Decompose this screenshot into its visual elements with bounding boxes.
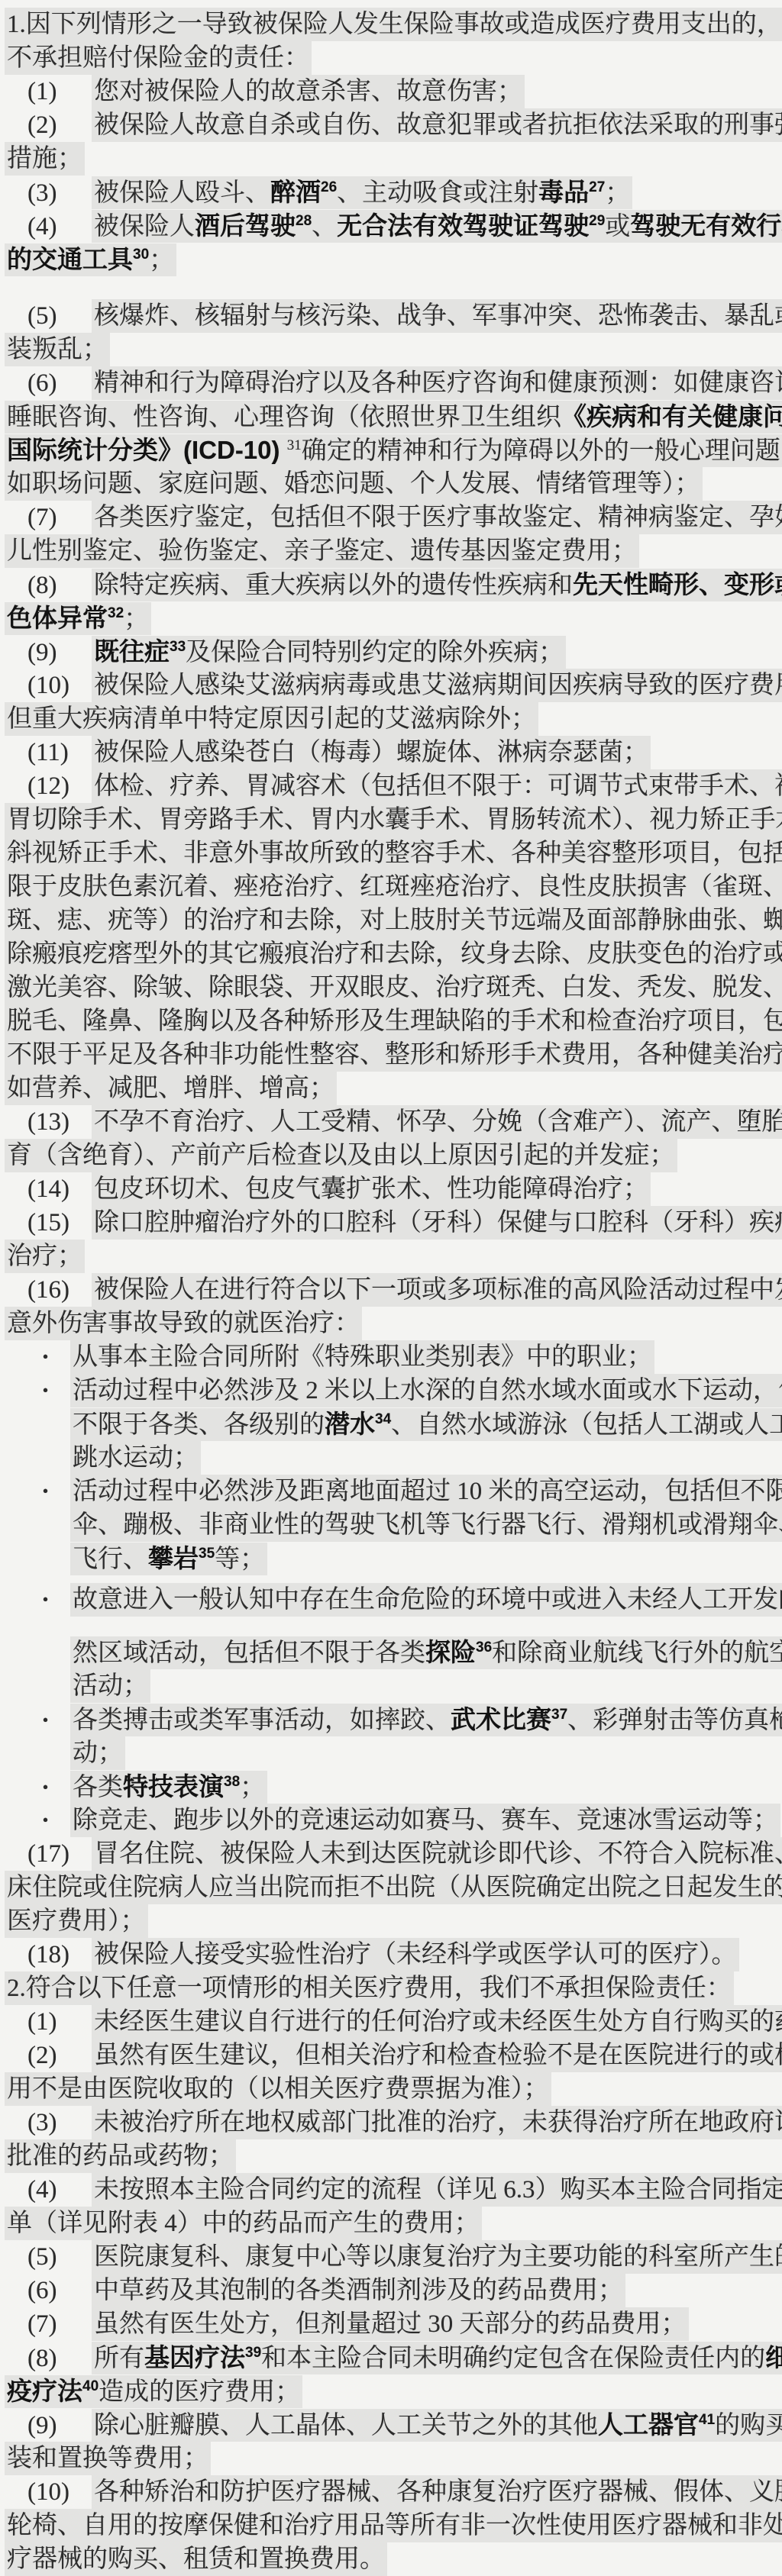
- item-number: (10): [27, 2475, 92, 2509]
- footnote-ref: 37: [551, 1707, 567, 1723]
- text-run: 不限于各类、各级别的: [73, 1411, 325, 1439]
- footnote-ref: 30: [133, 247, 149, 263]
- text-run: 医疗费用）；: [7, 1907, 146, 1935]
- text-run: 装叛乱；: [7, 336, 108, 363]
- text-run: 2.符合以下任意一项情形的相关医疗费用，我们不承担保险责任：: [7, 1975, 732, 2002]
- highlighted-text: 措施；: [5, 142, 85, 176]
- footnote-ref: 40: [82, 2378, 99, 2394]
- document-line: ·从事本主险合同所附《特殊职业类别表》中的职业；: [0, 1340, 782, 1374]
- document-line: 不限于平足及各种非功能性整容、整形和矫形手术费用，各种健美治疗项目，: [0, 1038, 782, 1072]
- text-run: ；: [124, 605, 149, 633]
- bold-term: 驾驶无有效行驶证: [630, 211, 782, 240]
- document-line: 跳水运动；: [0, 1441, 782, 1475]
- document-line: (8)所有基因疗法39和本主险合同未明确约定包含在保险责任内的细胞免: [0, 2341, 782, 2374]
- bold-term: 潜水: [325, 1410, 375, 1438]
- highlighted-text: 然区域活动，包括但不限于各类探险36和除商业航线飞行外的航空航天: [70, 1636, 782, 1669]
- highlighted-text: 疫疗法40造成的医疗费用；: [5, 2375, 302, 2408]
- bold-term: 先天性畸形、变形或染: [573, 570, 782, 598]
- item-number: (7): [27, 501, 92, 534]
- highlighted-text: 被保险人接受实验性治疗（未经科学或医学认可的医疗）。: [92, 1938, 739, 1971]
- text-run: 除心脏瓣膜、人工晶体、人工关节之外的其他: [94, 2412, 598, 2439]
- highlighted-text: 用不是由医院收取的（以相关医疗费票据为准）；: [5, 2072, 551, 2106]
- highlighted-text: 动；: [70, 1736, 125, 1770]
- highlighted-text: 除心脏瓣膜、人工晶体、人工关节之外的其他人工器官41的购买、安: [92, 2409, 782, 2442]
- document-line: 活动；: [0, 1669, 782, 1703]
- text-run: 和除商业航线飞行外的航空航天: [492, 1639, 782, 1667]
- highlighted-text: 活动过程中必然涉及 2 米以上水深的自然水域水面或水下运动，包括但: [70, 1374, 782, 1407]
- document-line: 育（含绝育）、产前产后检查以及由以上原因引起的并发症；: [0, 1139, 782, 1172]
- highlighted-text: 所有基因疗法39和本主险合同未明确约定包含在保险责任内的细胞免: [92, 2342, 782, 2374]
- text-run: 被保险人在进行符合以下一项或多项标准的高风险活动过程中发生: [94, 1276, 782, 1304]
- text-run: ；: [605, 179, 630, 207]
- bold-term: 国际统计分类》(ICD-10): [7, 436, 287, 464]
- highlighted-text: 育（含绝育）、产前产后检查以及由以上原因引起的并发症；: [5, 1139, 677, 1172]
- document-line: ·各类搏击或类军事活动，如摔跤、武术比赛37、彩弹射击等仿真枪战运: [0, 1703, 782, 1736]
- bold-term: 醉酒: [270, 178, 321, 206]
- bold-term: 《疾病和有关健康问题的: [561, 402, 782, 430]
- highlighted-text: 1.因下列情形之一导致被保险人发生保险事故或造成医疗费用支出的，我们: [5, 8, 782, 41]
- document-line: (2)被保险人故意自杀或自伤、故意犯罪或者抗拒依法采取的刑事强制: [0, 108, 782, 142]
- document-line: 疫疗法40造成的医疗费用；: [0, 2374, 782, 2408]
- text-run: 如职场问题、家庭问题、婚恋问题、个人发展、情绪管理等）；: [7, 470, 700, 498]
- footnote-ref: 36: [476, 1639, 492, 1656]
- document-line: (3)被保险人殴斗、醉酒26、主动吸食或注射毒品27；: [0, 176, 782, 209]
- document-line: (12)体检、疗养、胃减容术（包括但不限于：可调节式束带手术、袖状: [0, 769, 782, 803]
- highlighted-text: 包皮环切术、包皮气囊扩张术、性功能障碍治疗；: [92, 1172, 651, 1206]
- highlighted-text: 激光美容、除皱、除眼袋、开双眼皮、治疗斑秃、白发、秃发、脱发、植毛、: [5, 971, 782, 1004]
- document-line: 脱毛、隆鼻、隆胸以及各种矫形及生理缺陷的手术和检查治疗项目，包括但: [0, 1004, 782, 1038]
- text-run: 未经医生建议自行进行的任何治疗或未经医生处方自行购买的药品；: [94, 2008, 782, 2036]
- text-run: 但重大疾病清单中特定原因引起的艾滋病除外；: [7, 705, 536, 733]
- document-line: 斜视矫正手术、非意外事故所致的整容手术、各种美容整形项目，包括但不: [0, 837, 782, 870]
- document-line: 如职场问题、家庭问题、婚恋问题、个人发展、情绪管理等）；: [0, 467, 782, 501]
- document-line: (1)未经医生建议自行进行的任何治疗或未经医生处方自行购买的药品；: [0, 2005, 782, 2039]
- highlighted-text: 色体异常32；: [5, 602, 151, 635]
- highlighted-text: 不孕不育治疗、人工受精、怀孕、分娩（含难产）、流产、堕胎、节: [92, 1105, 782, 1139]
- text-run: 医院康复科、康复中心等以康复治疗为主要功能的科室所产生的费用；: [94, 2243, 782, 2271]
- highlighted-text: 活动过程中必然涉及距离地面超过 10 米的高空运动，包括但不限于跳: [70, 1475, 782, 1508]
- footnote-ref: 41: [699, 2412, 715, 2428]
- document-line: 胃切除手术、胃旁路手术、胃内水囊手术、胃肠转流术）、视力矫正手术、: [0, 803, 782, 837]
- text-run: 然区域活动，包括但不限于各类: [73, 1639, 425, 1667]
- text-run: 激光美容、除皱、除眼袋、开双眼皮、治疗斑秃、白发、秃发、脱发、植毛、: [7, 974, 782, 1001]
- document-line: 2.符合以下任意一项情形的相关医疗费用，我们不承担保险责任：: [0, 1971, 782, 2005]
- item-number: (18): [27, 1938, 92, 1971]
- highlighted-text: 2.符合以下任意一项情形的相关医疗费用，我们不承担保险责任：: [5, 1971, 734, 2005]
- highlighted-text: 斑、痣、疣等）的治疗和去除，对上肢肘关节远端及面部静脉曲张、蜘蛛脉、: [5, 904, 782, 937]
- text-run: 除口腔肿瘤治疗外的口腔科（牙科）保健与口腔科（牙科）疾病的: [94, 1209, 782, 1236]
- footnote-ref: 34: [375, 1411, 391, 1427]
- bold-term: 疫疗法: [7, 2377, 82, 2405]
- highlighted-text: 除竞走、跑步以外的竞速运动如赛马、赛车、竞速冰雪运动等；: [70, 1804, 780, 1837]
- document-line: (7)虽然有医生处方，但剂量超过 30 天部分的药品费用；: [0, 2307, 782, 2341]
- text-run: 装和置换等费用；: [7, 2445, 208, 2472]
- document-line: 批准的药品或药物；: [0, 2139, 782, 2173]
- document-line: (14)包皮环切术、包皮气囊扩张术、性功能障碍治疗；: [0, 1172, 782, 1206]
- highlighted-text: 除口腔肿瘤治疗外的口腔科（牙科）保健与口腔科（牙科）疾病的: [92, 1206, 782, 1240]
- document-line: ·活动过程中必然涉及距离地面超过 10 米的高空运动，包括但不限于跳: [0, 1475, 782, 1508]
- bold-term: 的交通工具: [7, 245, 133, 273]
- document-line: 除瘢痕疙瘩型外的其它瘢痕治疗和去除，纹身去除、皮肤变色的治疗或手术，: [0, 937, 782, 971]
- highlighted-text: 被保险人酒后驾驶28、无合法有效驾驶证驾驶29或驾驶无有效行驶证: [92, 210, 782, 243]
- text-run: 意外伤害事故导致的就医治疗：: [7, 1310, 360, 1337]
- footnote-ref: 28: [296, 213, 312, 229]
- bullet-icon: ·: [41, 1475, 70, 1508]
- highlighted-text: 从事本主险合同所附《特殊职业类别表》中的职业；: [70, 1340, 654, 1374]
- highlighted-text: 未按照本主险合同约定的流程（详见 6.3）购买本主险合同指定药品清: [92, 2173, 782, 2207]
- text-run: 、彩弹射击等仿真枪战运: [567, 1707, 782, 1734]
- document-line: (17)冒名住院、被保险人未到达医院就诊即代诊、不符合入院标准、挂: [0, 1837, 782, 1871]
- highlighted-text: 中草药及其泡制的各类酒制剂涉及的药品费用；: [92, 2274, 625, 2307]
- highlighted-text: 未被治疗所在地权威部门批准的治疗，未获得治疗所在地政府许可或: [92, 2106, 782, 2139]
- highlighted-text: 轮椅、自用的按摩保健和治疗用品等所有非一次性使用医疗器械和非处方医: [5, 2509, 782, 2542]
- text-run: 未按照本主险合同约定的流程（详见 6.3）购买本主险合同指定药品清: [94, 2176, 782, 2204]
- footnote-ref: 27: [589, 179, 605, 195]
- highlighted-text: 故意进入一般认知中存在生命危险的环境中或进入未经人工开发的自: [70, 1583, 782, 1617]
- footnote-ref: 39: [245, 2345, 261, 2361]
- bold-term: 无合法有效驾驶证驾驶: [337, 211, 589, 240]
- highlighted-text: 装叛乱；: [5, 333, 110, 366]
- document-line: (10)各种矫治和防护医疗器械、各种康复治疗医疗器械、假体、义肢、: [0, 2475, 782, 2509]
- highlighted-text: 的交通工具30；: [5, 243, 176, 276]
- item-number: (8): [27, 569, 92, 601]
- bullet-icon: ·: [41, 1583, 70, 1617]
- document-line: 用不是由医院收取的（以相关医疗费票据为准）；: [0, 2072, 782, 2106]
- highlighted-text: 跳水运动；: [70, 1441, 201, 1475]
- highlighted-text: 精神和行为障碍治疗以及各种医疗咨询和健康预测：如健康咨询、: [92, 366, 782, 400]
- item-number: (9): [27, 636, 92, 669]
- text-run: 飞行、: [73, 1546, 148, 1573]
- text-run: 跳水运动；: [73, 1444, 199, 1472]
- highlighted-text: 各类搏击或类军事活动，如摔跤、武术比赛37、彩弹射击等仿真枪战运: [70, 1704, 782, 1736]
- footnote-ref: 33: [170, 639, 186, 655]
- text-run: 、自然水域游泳（包括人工湖或人工水库）、: [391, 1411, 782, 1439]
- highlighted-text: 胃切除手术、胃旁路手术、胃内水囊手术、胃肠转流术）、视力矫正手术、: [5, 803, 782, 837]
- text-run: 不限于平足及各种非功能性整容、整形和矫形手术费用，各种健美治疗项目，: [7, 1041, 782, 1069]
- text-run: 1.因下列情形之一导致被保险人发生保险事故或造成医疗费用支出的，我们: [7, 11, 782, 38]
- item-number: (17): [27, 1837, 92, 1871]
- highlighted-text: 核爆炸、核辐射与核污染、战争、军事冲突、恐怖袭击、暴乱或武: [92, 299, 782, 333]
- highlighted-text: 被保险人感染苍白（梅毒）螺旋体、淋病奈瑟菌；: [92, 736, 651, 769]
- text-run: 、: [312, 213, 337, 240]
- document-line: 意外伤害事故导致的就医治疗：: [0, 1307, 782, 1340]
- document-line: (6)精神和行为障碍治疗以及各种医疗咨询和健康预测：如健康咨询、: [0, 366, 782, 400]
- text-run: 除特定疾病、重大疾病以外的遗传性疾病和: [94, 572, 573, 599]
- item-number: (3): [27, 176, 92, 209]
- highlighted-text: 但重大疾病清单中特定原因引起的艾滋病除外；: [5, 702, 538, 736]
- text-run: 确定的精神和行为障碍以外的一般心理问题，: [302, 437, 782, 465]
- bold-term: 人工器官: [598, 2410, 699, 2439]
- document-line: 如营养、减肥、增胖、增高；: [0, 1072, 782, 1105]
- text-run: 及保险合同特别约定的除外疾病；: [186, 639, 564, 666]
- highlighted-text: 被保险人感染艾滋病病毒或患艾滋病期间因疾病导致的医疗费用，: [92, 669, 782, 702]
- item-number: (5): [27, 299, 92, 333]
- highlighted-text: 如职场问题、家庭问题、婚恋问题、个人发展、情绪管理等）；: [5, 467, 703, 501]
- highlighted-text: 不承担赔付保险金的责任：: [5, 41, 312, 75]
- bold-term: 攀岩: [148, 1544, 199, 1572]
- highlighted-text: 儿性别鉴定、验伤鉴定、亲子鉴定、遗传基因鉴定费用；: [5, 534, 639, 568]
- footnote-ref: 31: [287, 437, 302, 453]
- footnote-ref: 38: [224, 1774, 240, 1790]
- text-run: 用不是由医院收取的（以相关医疗费票据为准）；: [7, 2075, 549, 2103]
- bold-term: 基因疗法: [144, 2343, 245, 2371]
- bold-term: 酒后驾驶: [195, 211, 296, 240]
- highlighted-text: 不限于各类、各级别的潜水34、自然水域游泳（包括人工湖或人工水库）、: [70, 1408, 782, 1441]
- highlighted-text: 治疗；: [5, 1240, 85, 1273]
- item-number: (2): [27, 108, 92, 142]
- highlighted-text: 伞、蹦极、非商业性的驾驶飞机等飞行器飞行、滑翔机或滑翔伞、翼装: [70, 1508, 782, 1542]
- item-number: (15): [27, 1206, 92, 1240]
- bold-term: 武术比赛: [451, 1705, 551, 1733]
- text-run: 除瘢痕疙瘩型外的其它瘢痕治疗和去除，纹身去除、皮肤变色的治疗或手术，: [7, 940, 782, 968]
- highlighted-text: 不限于平足及各种非功能性整容、整形和矫形手术费用，各种健美治疗项目，: [5, 1038, 782, 1072]
- highlighted-text: 医疗费用）；: [5, 1904, 148, 1938]
- highlighted-text: 既往症33及保险合同特别约定的除外疾病；: [92, 636, 566, 669]
- document-line: (15)除口腔肿瘤治疗外的口腔科（牙科）保健与口腔科（牙科）疾病的: [0, 1206, 782, 1240]
- document-line: 1.因下列情形之一导致被保险人发生保险事故或造成医疗费用支出的，我们: [0, 8, 782, 41]
- highlighted-text: 被保险人殴斗、醉酒26、主动吸食或注射毒品27；: [92, 176, 632, 209]
- document-line: 激光美容、除皱、除眼袋、开双眼皮、治疗斑秃、白发、秃发、脱发、植毛、: [0, 971, 782, 1004]
- text-run: 不承担赔付保险金的责任：: [7, 44, 309, 72]
- text-run: 冒名住院、被保险人未到达医院就诊即代诊、不符合入院标准、挂: [94, 1840, 782, 1868]
- highlighted-text: 国际统计分类》(ICD-10) 31确定的精神和行为障碍以外的一般心理问题，: [5, 434, 782, 467]
- bullet-icon: ·: [41, 1704, 70, 1736]
- document-line: 床住院或住院病人应当出院而拒不出院（从医院确定出院之日起发生的一切: [0, 1871, 782, 1904]
- bold-term: 细胞免: [765, 2343, 782, 2371]
- text-run: 儿性别鉴定、验伤鉴定、亲子鉴定、遗传基因鉴定费用；: [7, 537, 637, 565]
- highlighted-text: 您对被保险人的故意杀害、故意伤害；: [92, 75, 525, 108]
- document-line: 国际统计分类》(ICD-10) 31确定的精神和行为障碍以外的一般心理问题，: [0, 434, 782, 467]
- item-number: (4): [27, 2173, 92, 2207]
- document-line: 斑、痣、疣等）的治疗和去除，对上肢肘关节远端及面部静脉曲张、蜘蛛脉、: [0, 904, 782, 937]
- text-run: 的购买、安: [715, 2412, 782, 2439]
- text-run: 虽然有医生建议，但相关治疗和检查检验不是在医院进行的或相关费: [94, 2042, 782, 2069]
- highlighted-text: 医院康复科、康复中心等以康复治疗为主要功能的科室所产生的费用；: [92, 2240, 782, 2274]
- highlighted-text: 虽然有医生建议，但相关治疗和检查检验不是在医院进行的或相关费: [92, 2039, 782, 2072]
- document-line: (2)虽然有医生建议，但相关治疗和检查检验不是在医院进行的或相关费: [0, 2039, 782, 2072]
- text-run: 斑、痣、疣等）的治疗和去除，对上肢肘关节远端及面部静脉曲张、蜘蛛脉、: [7, 907, 782, 934]
- document-line: 然区域活动，包括但不限于各类探险36和除商业航线飞行外的航空航天: [0, 1636, 782, 1669]
- text-run: 被保险人接受实验性治疗（未经科学或医学认可的医疗）。: [94, 1941, 737, 1968]
- document-line: 的交通工具30；: [0, 243, 782, 276]
- document-line: (8)除特定疾病、重大疾病以外的遗传性疾病和先天性畸形、变形或染: [0, 568, 782, 601]
- policy-exclusions-text: 1.因下列情形之一导致被保险人发生保险事故或造成医疗费用支出的，我们不承担赔付保…: [0, 8, 782, 2576]
- text-run: 虽然有医生处方，但剂量超过 30 天部分的药品费用；: [94, 2310, 687, 2338]
- text-run: 等；: [215, 1546, 265, 1573]
- text-run: 伞、蹦极、非商业性的驾驶飞机等飞行器飞行、滑翔机或滑翔伞、翼装: [73, 1511, 782, 1539]
- text-run: 活动过程中必然涉及 2 米以上水深的自然水域水面或水下运动，包括但: [73, 1377, 782, 1404]
- bold-term: 探险: [425, 1638, 476, 1666]
- document-line: 不承担赔付保险金的责任：: [0, 41, 782, 75]
- bullet-icon: ·: [41, 1804, 70, 1837]
- text-run: 限于皮肤色素沉着、痤疮治疗、红斑痤疮治疗、良性皮肤损害（雀斑、老年: [7, 873, 782, 901]
- highlighted-text: 床住院或住院病人应当出院而拒不出院（从医院确定出院之日起发生的一切: [5, 1871, 782, 1904]
- text-run: 未被治疗所在地权威部门批准的治疗，未获得治疗所在地政府许可或: [94, 2109, 782, 2136]
- item-number: (10): [27, 669, 92, 702]
- text-run: 育（含绝育）、产前产后检查以及由以上原因引起的并发症；: [7, 1142, 675, 1169]
- text-run: 轮椅、自用的按摩保健和治疗用品等所有非一次性使用医疗器械和非处方医: [7, 2512, 782, 2539]
- text-run: 各种矫治和防护医疗器械、各种康复治疗医疗器械、假体、义肢、: [94, 2478, 782, 2506]
- document-line: 限于皮肤色素沉着、痤疮治疗、红斑痤疮治疗、良性皮肤损害（雀斑、老年: [0, 870, 782, 904]
- highlighted-text: 限于皮肤色素沉着、痤疮治疗、红斑痤疮治疗、良性皮肤损害（雀斑、老年: [5, 870, 782, 904]
- text-run: 和本主险合同未明确约定包含在保险责任内的: [261, 2345, 765, 2372]
- document-line: ·各类特技表演38；: [0, 1770, 782, 1804]
- item-number: (5): [27, 2240, 92, 2274]
- highlighted-text: 各类医疗鉴定，包括但不限于医疗事故鉴定、精神病鉴定、孕妇胎: [92, 501, 782, 534]
- text-run: 精神和行为障碍治疗以及各种医疗咨询和健康预测：如健康咨询、: [94, 369, 782, 397]
- highlighted-text: 睡眠咨询、性咨询、心理咨询（依照世界卫生组织《疾病和有关健康问题的: [5, 401, 782, 434]
- highlighted-text: 被保险人故意自杀或自伤、故意犯罪或者抗拒依法采取的刑事强制: [92, 108, 782, 142]
- document-line: (7)各类医疗鉴定，包括但不限于医疗事故鉴定、精神病鉴定、孕妇胎: [0, 501, 782, 534]
- document-line: (9)除心脏瓣膜、人工晶体、人工关节之外的其他人工器官41的购买、安: [0, 2408, 782, 2442]
- highlighted-text: 疗器械的购买、租赁和置换费用。: [5, 2542, 387, 2576]
- highlighted-text: 除特定疾病、重大疾病以外的遗传性疾病和先天性畸形、变形或染: [92, 569, 782, 601]
- text-run: 被保险人: [94, 213, 195, 240]
- text-run: 各类医疗鉴定，包括但不限于医疗事故鉴定、精神病鉴定、孕妇胎: [94, 504, 782, 531]
- text-run: 您对被保险人的故意杀害、故意伤害；: [94, 78, 522, 105]
- highlighted-text: 装和置换等费用；: [5, 2442, 211, 2475]
- highlighted-text: 意外伤害事故导致的就医治疗：: [5, 1307, 362, 1340]
- item-number: (9): [27, 2409, 92, 2442]
- document-line: 伞、蹦极、非商业性的驾驶飞机等飞行器飞行、滑翔机或滑翔伞、翼装: [0, 1508, 782, 1542]
- text-run: 核爆炸、核辐射与核污染、战争、军事冲突、恐怖袭击、暴乱或武: [94, 302, 782, 330]
- footnote-ref: 35: [199, 1546, 215, 1562]
- footnote-ref: 32: [108, 605, 124, 621]
- item-number: (12): [27, 769, 92, 803]
- text-run: 治疗；: [7, 1243, 82, 1270]
- item-number: (11): [27, 736, 92, 769]
- document-line: 治疗；: [0, 1240, 782, 1273]
- text-run: 造成的医疗费用；: [99, 2378, 300, 2406]
- document-line: 飞行、攀岩35等；: [0, 1542, 782, 1575]
- document-line: (5)核爆炸、核辐射与核污染、战争、军事冲突、恐怖袭击、暴乱或武: [0, 299, 782, 333]
- text-run: 斜视矫正手术、非意外事故所致的整容手术、各种美容整形项目，包括但不: [7, 840, 782, 867]
- bold-term: 色体异常: [7, 604, 108, 632]
- text-run: 所有: [94, 2345, 144, 2372]
- item-number: (6): [27, 366, 92, 400]
- document-line: 单（详见附表 4）中的药品而产生的费用；: [0, 2207, 782, 2240]
- highlighted-text: 冒名住院、被保险人未到达医院就诊即代诊、不符合入院标准、挂: [92, 1837, 782, 1871]
- document-line: 措施；: [0, 142, 782, 176]
- item-number: (1): [27, 75, 92, 108]
- highlighted-text: 飞行、攀岩35等；: [70, 1543, 267, 1575]
- document-line: 动；: [0, 1736, 782, 1770]
- highlighted-text: 虽然有医生处方，但剂量超过 30 天部分的药品费用；: [92, 2307, 689, 2341]
- text-run: 被保险人感染苍白（梅毒）螺旋体、淋病奈瑟菌；: [94, 739, 648, 766]
- text-run: 或: [605, 213, 630, 240]
- item-number: (2): [27, 2039, 92, 2072]
- document-line: 疗器械的购买、租赁和置换费用。: [0, 2542, 782, 2576]
- document-line: 装和置换等费用；: [0, 2442, 782, 2475]
- text-run: 除竞走、跑步以外的竞速运动如赛马、赛车、竞速冰雪运动等；: [73, 1807, 778, 1834]
- document-line: 睡眠咨询、性咨询、心理咨询（依照世界卫生组织《疾病和有关健康问题的: [0, 400, 782, 434]
- document-line: (13)不孕不育治疗、人工受精、怀孕、分娩（含难产）、流产、堕胎、节: [0, 1105, 782, 1139]
- bullet-icon: ·: [41, 1374, 70, 1407]
- highlighted-text: 如营养、减肥、增胖、增高；: [5, 1072, 337, 1105]
- highlighted-text: 斜视矫正手术、非意外事故所致的整容手术、各种美容整形项目，包括但不: [5, 837, 782, 870]
- text-run: 中草药及其泡制的各类酒制剂涉及的药品费用；: [94, 2277, 623, 2304]
- text-run: 包皮环切术、包皮气囊扩张术、性功能障碍治疗；: [94, 1175, 648, 1203]
- item-number: (16): [27, 1273, 92, 1307]
- highlighted-text: 除瘢痕疙瘩型外的其它瘢痕治疗和去除，纹身去除、皮肤变色的治疗或手术，: [5, 937, 782, 971]
- highlighted-text: 活动；: [70, 1669, 150, 1703]
- document-line: (16)被保险人在进行符合以下一项或多项标准的高风险活动过程中发生: [0, 1273, 782, 1307]
- document-line: (18)被保险人接受实验性治疗（未经科学或医学认可的医疗）。: [0, 1938, 782, 1971]
- document-line: (4)未按照本主险合同约定的流程（详见 6.3）购买本主险合同指定药品清: [0, 2173, 782, 2207]
- text-run: 各类: [73, 1774, 123, 1801]
- text-run: 从事本主险合同所附《特殊职业类别表》中的职业；: [73, 1343, 652, 1371]
- text-run: 床住院或住院病人应当出院而拒不出院（从医院确定出院之日起发生的一切: [7, 1874, 782, 1901]
- text-run: ；: [240, 1774, 265, 1801]
- text-run: 单（详见附表 4）中的药品而产生的费用；: [7, 2210, 480, 2237]
- document-line: (9)既往症33及保险合同特别约定的除外疾病；: [0, 635, 782, 669]
- bold-term: 特技表演: [123, 1772, 224, 1801]
- text-run: 故意进入一般认知中存在生命危险的环境中或进入未经人工开发的自: [73, 1586, 782, 1614]
- document-line: 儿性别鉴定、验伤鉴定、亲子鉴定、遗传基因鉴定费用；: [0, 534, 782, 568]
- highlighted-text: 体检、疗养、胃减容术（包括但不限于：可调节式束带手术、袖状: [92, 769, 782, 803]
- text-run: 睡眠咨询、性咨询、心理咨询（依照世界卫生组织: [7, 404, 561, 431]
- text-run: 被保险人故意自杀或自伤、故意犯罪或者抗拒依法采取的刑事强制: [94, 111, 782, 139]
- highlighted-text: 未经医生建议自行进行的任何治疗或未经医生处方自行购买的药品；: [92, 2005, 782, 2039]
- item-number: (14): [27, 1172, 92, 1206]
- text-run: 体检、疗养、胃减容术（包括但不限于：可调节式束带手术、袖状: [94, 772, 782, 800]
- item-number: (4): [27, 210, 92, 243]
- bold-term: 既往症: [94, 637, 170, 666]
- item-number: (7): [27, 2307, 92, 2341]
- text-run: 各类搏击或类军事活动，如摔跤、: [73, 1707, 451, 1734]
- text-run: 不孕不育治疗、人工受精、怀孕、分娩（含难产）、流产、堕胎、节: [94, 1108, 782, 1136]
- document-line: 装叛乱；: [0, 333, 782, 366]
- document-line: 医疗费用）；: [0, 1904, 782, 1938]
- item-number: (8): [27, 2342, 92, 2374]
- highlighted-text: 各种矫治和防护医疗器械、各种康复治疗医疗器械、假体、义肢、: [92, 2475, 782, 2509]
- highlighted-text: 被保险人在进行符合以下一项或多项标准的高风险活动过程中发生: [92, 1273, 782, 1307]
- text-run: 胃切除手术、胃旁路手术、胃内水囊手术、胃肠转流术）、视力矫正手术、: [7, 806, 782, 833]
- text-run: 批准的药品或药物；: [7, 2142, 234, 2170]
- highlighted-text: 批准的药品或药物；: [5, 2139, 236, 2173]
- document-line: 但重大疾病清单中特定原因引起的艾滋病除外；: [0, 702, 782, 736]
- document-line: 轮椅、自用的按摩保健和治疗用品等所有非一次性使用医疗器械和非处方医: [0, 2509, 782, 2542]
- document-line: (6)中草药及其泡制的各类酒制剂涉及的药品费用；: [0, 2274, 782, 2307]
- policy-document-page: 1.因下列情形之一导致被保险人发生保险事故或造成医疗费用支出的，我们不承担赔付保…: [0, 0, 782, 2576]
- highlighted-text: 单（详见附表 4）中的药品而产生的费用；: [5, 2207, 482, 2240]
- item-number: (3): [27, 2106, 92, 2139]
- text-run: 活动过程中必然涉及距离地面超过 10 米的高空运动，包括但不限于跳: [73, 1478, 782, 1505]
- bullet-icon: ·: [41, 1771, 70, 1804]
- document-line: (5)医院康复科、康复中心等以康复治疗为主要功能的科室所产生的费用；: [0, 2240, 782, 2274]
- document-line: (10)被保险人感染艾滋病病毒或患艾滋病期间因疾病导致的医疗费用，: [0, 669, 782, 702]
- text-run: 被保险人感染艾滋病病毒或患艾滋病期间因疾病导致的医疗费用，: [94, 672, 782, 699]
- document-line: ·除竞走、跑步以外的竞速运动如赛马、赛车、竞速冰雪运动等；: [0, 1804, 782, 1837]
- text-run: 、主动吸食或注射: [337, 179, 538, 207]
- document-line: (4)被保险人酒后驾驶28、无合法有效驾驶证驾驶29或驾驶无有效行驶证: [0, 209, 782, 243]
- footnote-ref: 29: [589, 213, 605, 229]
- document-line: (1)您对被保险人的故意杀害、故意伤害；: [0, 75, 782, 108]
- item-number: (1): [27, 2005, 92, 2039]
- item-number: (13): [27, 1105, 92, 1139]
- text-run: 动；: [73, 1739, 123, 1767]
- document-line: 色体异常32；: [0, 601, 782, 635]
- item-number: (6): [27, 2274, 92, 2307]
- document-line: (11)被保险人感染苍白（梅毒）螺旋体、淋病奈瑟菌；: [0, 736, 782, 769]
- text-run: 疗器械的购买、租赁和置换费用。: [7, 2545, 385, 2573]
- text-run: ；: [149, 247, 174, 274]
- text-run: 措施；: [7, 145, 82, 172]
- text-run: 如营养、减肥、增胖、增高；: [7, 1075, 334, 1102]
- highlighted-text: 各类特技表演38；: [70, 1771, 267, 1804]
- document-line: ·活动过程中必然涉及 2 米以上水深的自然水域水面或水下运动，包括但: [0, 1374, 782, 1407]
- document-line: ·故意进入一般认知中存在生命危险的环境中或进入未经人工开发的自: [0, 1583, 782, 1617]
